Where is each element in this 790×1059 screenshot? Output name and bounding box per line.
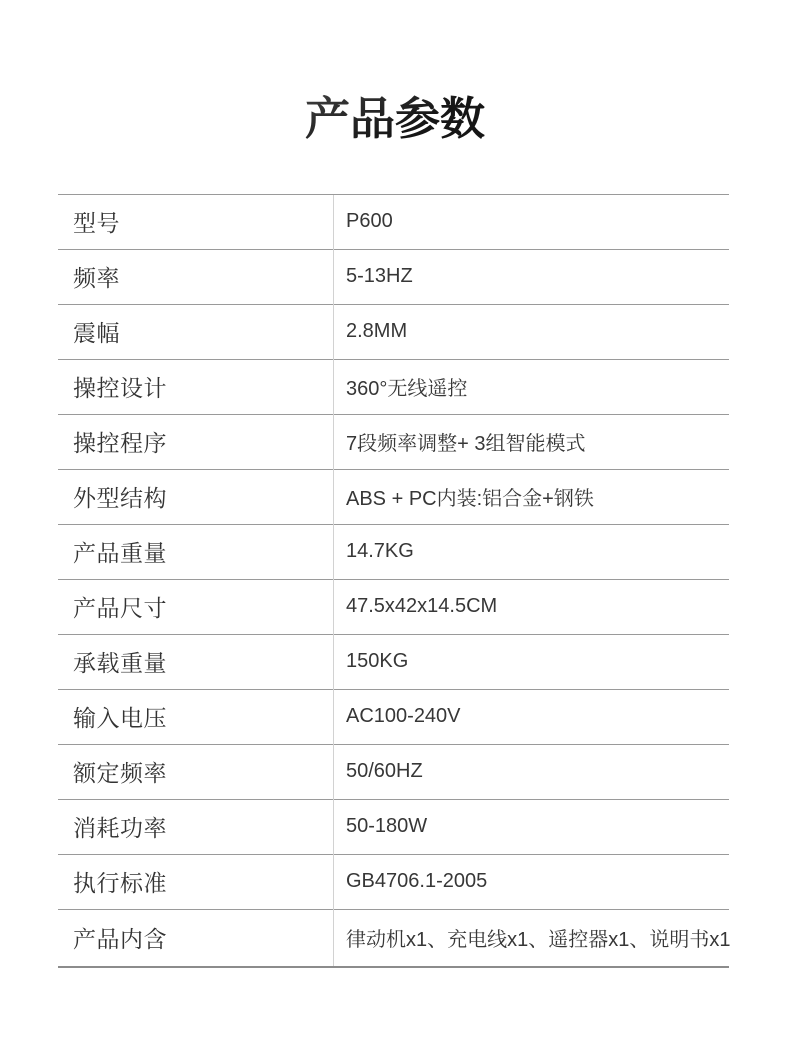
- spec-label: 外型结构: [58, 480, 333, 513]
- table-row: 产品重量 14.7KG: [58, 525, 729, 580]
- column-divider: [333, 195, 334, 966]
- table-row: 型号 P600: [58, 195, 729, 250]
- table-row: 操控设计 360°无线遥控: [58, 360, 729, 415]
- spec-value: GB4706.1-2005: [333, 870, 729, 893]
- spec-value: 360°无线遥控: [333, 372, 729, 401]
- spec-value: 50/60HZ: [333, 760, 729, 783]
- spec-label: 震幅: [58, 315, 333, 348]
- spec-value: 5-13HZ: [333, 265, 729, 288]
- spec-label: 产品内含: [58, 921, 333, 954]
- spec-value: P600: [333, 210, 729, 233]
- spec-label: 额定频率: [58, 755, 333, 788]
- spec-value: 150KG: [333, 650, 729, 673]
- spec-label: 执行标准: [58, 865, 333, 898]
- spec-label: 产品重量: [58, 535, 333, 568]
- spec-value: 律动机x1、充电线x1、遥控器x1、说明书x1: [333, 923, 731, 952]
- table-row: 执行标准 GB4706.1-2005: [58, 855, 729, 910]
- spec-value: 7段频率调整+ 3组智能模式: [333, 427, 729, 456]
- spec-value: 50-180W: [333, 815, 729, 838]
- table-row: 消耗功率 50-180W: [58, 800, 729, 855]
- spec-label: 输入电压: [58, 700, 333, 733]
- spec-value: 2.8MM: [333, 320, 729, 343]
- spec-value: ABS + PC内装:铝合金+钢铁: [333, 482, 729, 511]
- table-row: 外型结构 ABS + PC内装:铝合金+钢铁: [58, 470, 729, 525]
- table-row: 操控程序 7段频率调整+ 3组智能模式: [58, 415, 729, 470]
- spec-value: 14.7KG: [333, 540, 729, 563]
- spec-table: 型号 P600 频率 5-13HZ 震幅 2.8MM 操控设计 360°无线遥控…: [58, 194, 729, 968]
- spec-label: 产品尺寸: [58, 590, 333, 623]
- spec-label: 操控程序: [58, 425, 333, 458]
- spec-label: 操控设计: [58, 370, 333, 403]
- table-row: 震幅 2.8MM: [58, 305, 729, 360]
- spec-label: 承载重量: [58, 645, 333, 678]
- table-row: 产品内含 律动机x1、充电线x1、遥控器x1、说明书x1: [58, 910, 729, 966]
- table-row: 产品尺寸 47.5x42x14.5CM: [58, 580, 729, 635]
- page-title: 产品参数: [0, 0, 790, 144]
- spec-value: AC100-240V: [333, 705, 729, 728]
- spec-table-rows: 型号 P600 频率 5-13HZ 震幅 2.8MM 操控设计 360°无线遥控…: [58, 195, 729, 966]
- table-row: 承载重量 150KG: [58, 635, 729, 690]
- spec-value: 47.5x42x14.5CM: [333, 595, 729, 618]
- spec-label: 消耗功率: [58, 810, 333, 843]
- spec-label: 型号: [58, 205, 333, 238]
- table-row: 额定频率 50/60HZ: [58, 745, 729, 800]
- spec-label: 频率: [58, 260, 333, 293]
- table-row: 输入电压 AC100-240V: [58, 690, 729, 745]
- table-row: 频率 5-13HZ: [58, 250, 729, 305]
